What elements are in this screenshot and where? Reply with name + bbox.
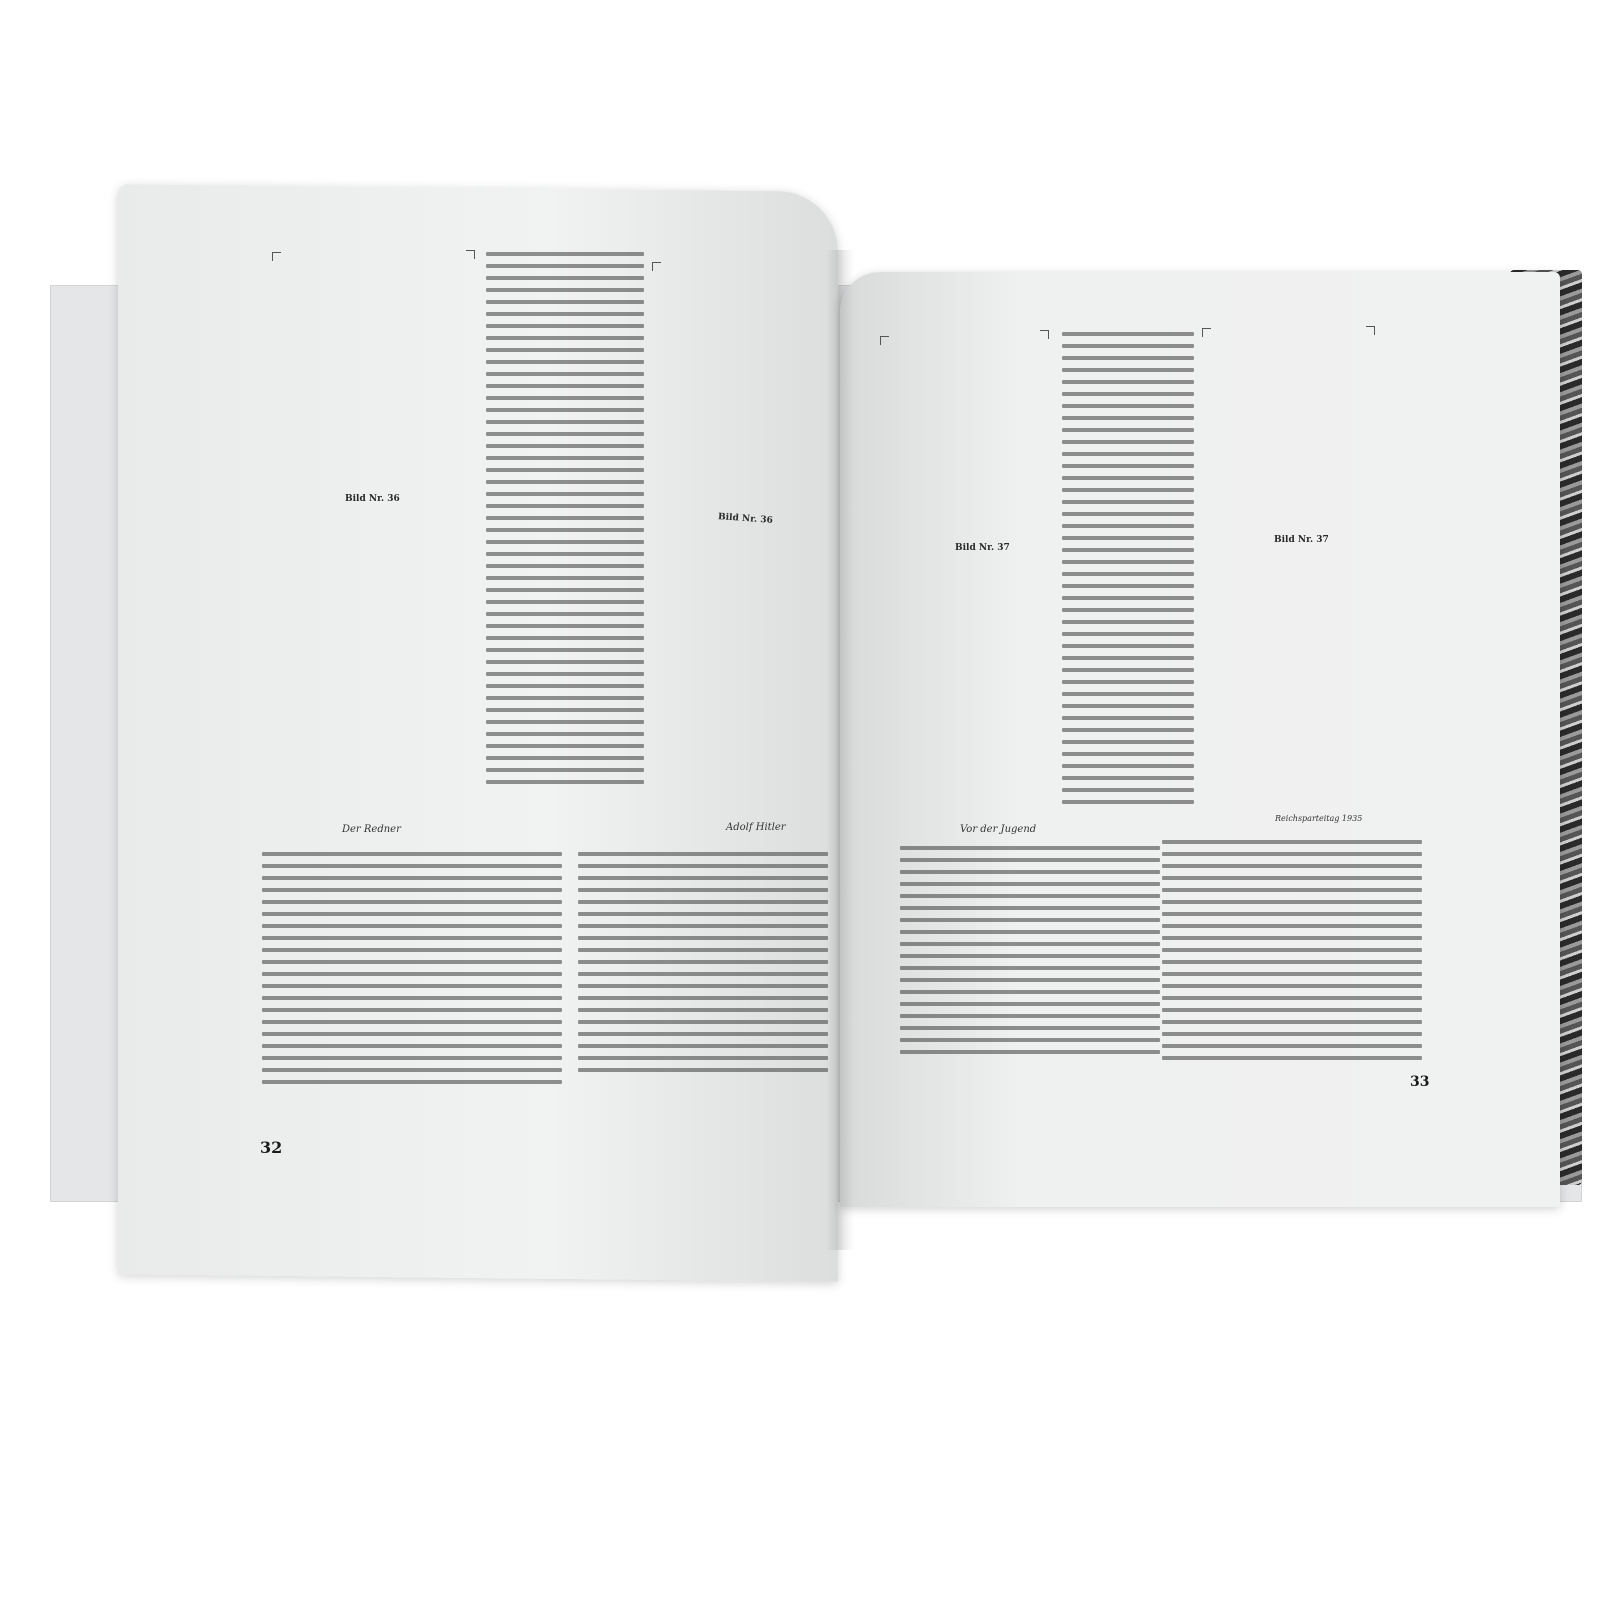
crop-mark <box>1366 326 1375 335</box>
image-caption: Der Redner <box>342 824 401 835</box>
crop-mark <box>1202 328 1211 337</box>
image-label: Bild Nr. 37 <box>955 543 1010 553</box>
body-text-column <box>1162 840 1422 1068</box>
image-caption: Reichsparteitag 1935 <box>1275 814 1362 823</box>
crop-mark <box>1040 330 1049 339</box>
book-gutter <box>826 250 854 1250</box>
image-caption: Adolf Hitler <box>726 822 786 833</box>
page-number: 32 <box>260 1138 282 1157</box>
left-page <box>118 184 838 1282</box>
body-text-column <box>1062 332 1194 812</box>
crop-mark <box>880 336 889 345</box>
page-number: 33 <box>1410 1074 1429 1090</box>
body-text-column <box>486 252 644 792</box>
body-text-column <box>900 846 1160 1062</box>
image-caption: Vor der Jugend <box>960 824 1036 835</box>
body-text-column <box>262 852 562 1092</box>
body-text-column <box>578 852 828 1080</box>
crop-mark <box>272 252 281 261</box>
image-label: Bild Nr. 37 <box>1274 535 1329 545</box>
crop-mark <box>652 262 661 271</box>
image-label: Bild Nr. 36 <box>345 494 400 504</box>
crop-mark <box>466 250 475 259</box>
